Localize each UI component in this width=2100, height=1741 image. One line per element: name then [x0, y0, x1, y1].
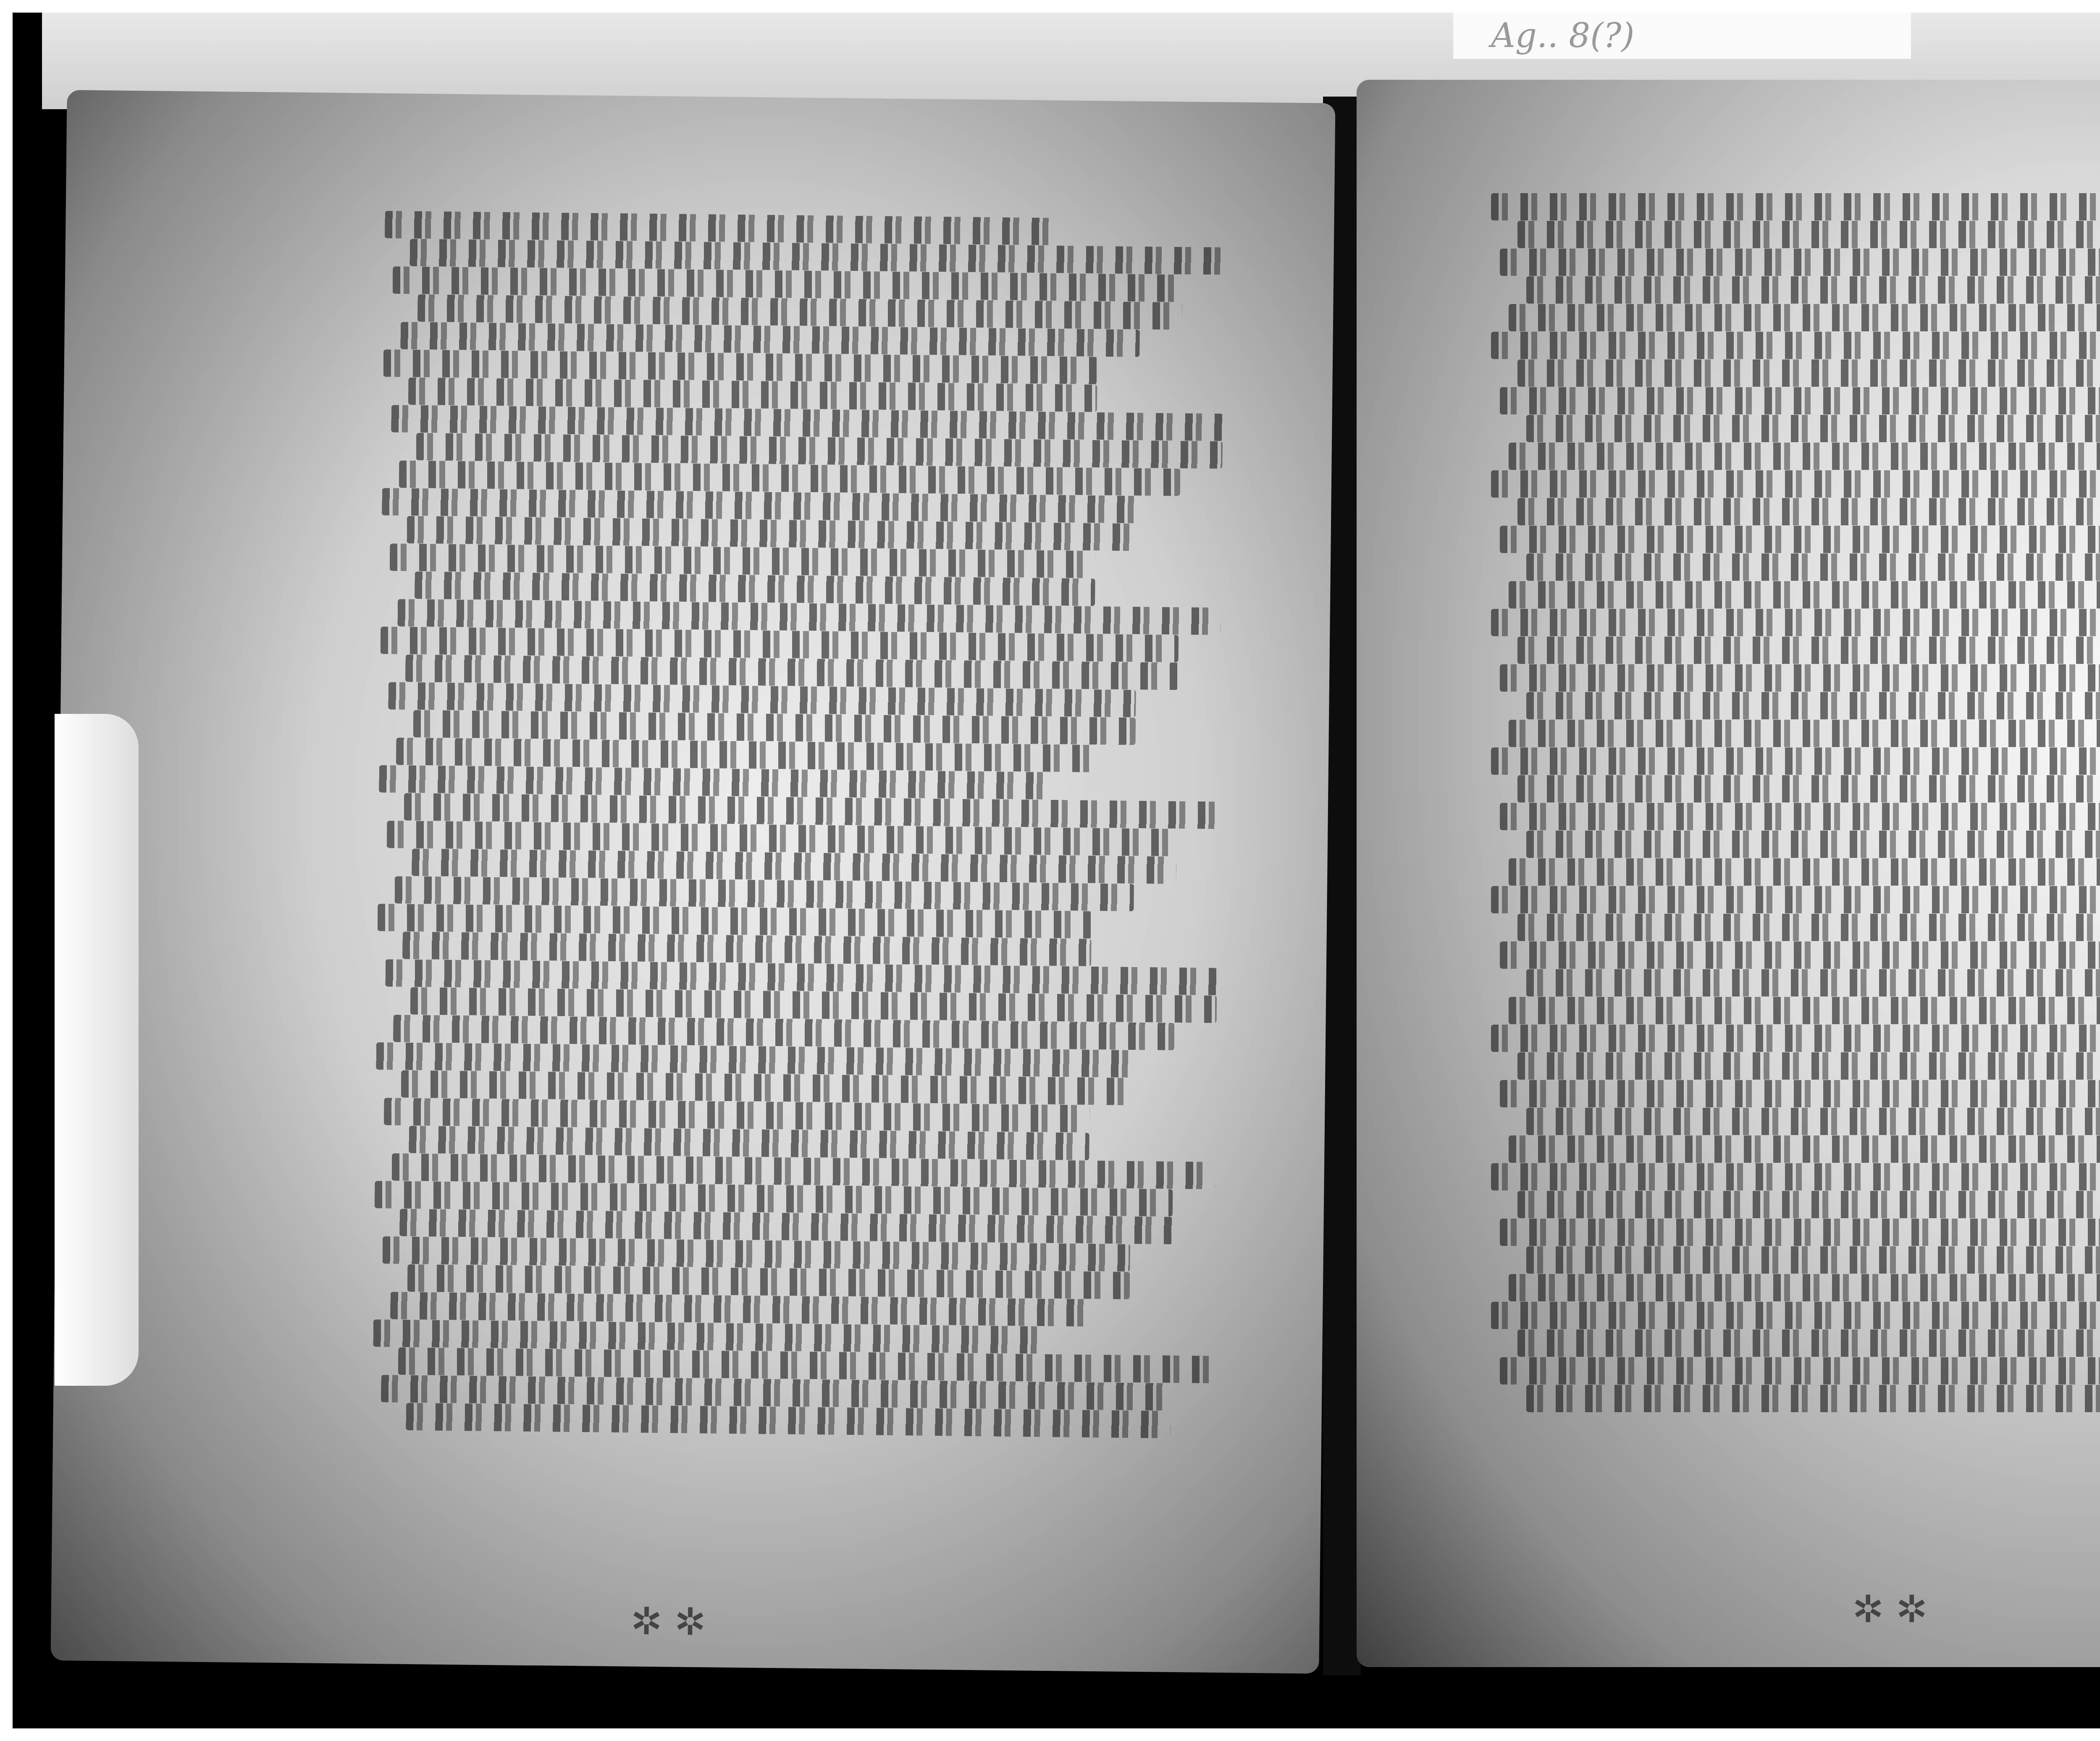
- manuscript-line: [1509, 1135, 2100, 1163]
- manuscript-line: [1517, 1329, 2100, 1357]
- manuscript-line: [1491, 193, 2100, 220]
- ornament-icon: ✲ ✲: [630, 1599, 706, 1644]
- manuscript-line: [1491, 1302, 2100, 1329]
- manuscript-line: [1509, 720, 2100, 747]
- manuscript-line: [1491, 886, 2100, 913]
- ornament-icon: ✲ ✲: [1852, 1587, 1927, 1631]
- manuscript-line: [1509, 304, 2100, 331]
- manuscript-line: [1500, 941, 2100, 969]
- manuscript-line: [1526, 415, 2100, 442]
- manuscript-line: [1491, 332, 2100, 359]
- manuscript-line: [1500, 249, 2100, 276]
- manuscript-line: [1526, 1385, 2100, 1412]
- right-page: 11 ✲ ✲: [1357, 80, 2100, 1667]
- manuscript-line: [1500, 664, 2100, 692]
- manuscript-line: [1526, 1246, 2100, 1274]
- manuscript-line: [1526, 276, 2100, 304]
- left-page: ✲ ✲: [51, 90, 1336, 1673]
- manuscript-line: [1517, 498, 2100, 525]
- manuscript-line: [1517, 775, 2100, 802]
- manuscript-line: [1500, 1219, 2100, 1246]
- manuscript-line: [1517, 637, 2100, 664]
- manuscript-line: [1509, 997, 2100, 1024]
- left-page-text: [372, 211, 1225, 1439]
- manuscript-line: [1491, 1163, 2100, 1190]
- paper-tab: [55, 714, 139, 1386]
- manuscript-line: [1500, 387, 2100, 414]
- manuscript-line: [1491, 1025, 2100, 1052]
- manuscript-line: [1491, 747, 2100, 775]
- manuscript-line: [1517, 221, 2100, 248]
- manuscript-line: [1509, 858, 2100, 886]
- manuscript-line: [1517, 359, 2100, 387]
- manuscript-line: [1526, 831, 2100, 858]
- manuscript-line: [1517, 1052, 2100, 1080]
- manuscript-line: [1526, 553, 2100, 581]
- manuscript-line: [1517, 1191, 2100, 1218]
- manuscript-line: [1500, 803, 2100, 830]
- manuscript-line: [1526, 969, 2100, 996]
- manuscript-line: [1491, 609, 2100, 636]
- manuscript-line: [1500, 1080, 2100, 1107]
- manuscript-line: [1517, 914, 2100, 941]
- manuscript-line: [1509, 1274, 2100, 1301]
- manuscript-line: [1500, 526, 2100, 553]
- manuscript-line: [1509, 443, 2100, 470]
- manuscript-line: [1526, 1108, 2100, 1135]
- manuscript-line: [1509, 581, 2100, 608]
- manuscript-line: [1526, 692, 2100, 719]
- archive-label: Ag.. 8(?): [1453, 13, 1911, 59]
- manuscript-line: [1500, 1357, 2100, 1384]
- right-page-text: [1491, 193, 2100, 1413]
- manuscript-line: [1491, 470, 2100, 498]
